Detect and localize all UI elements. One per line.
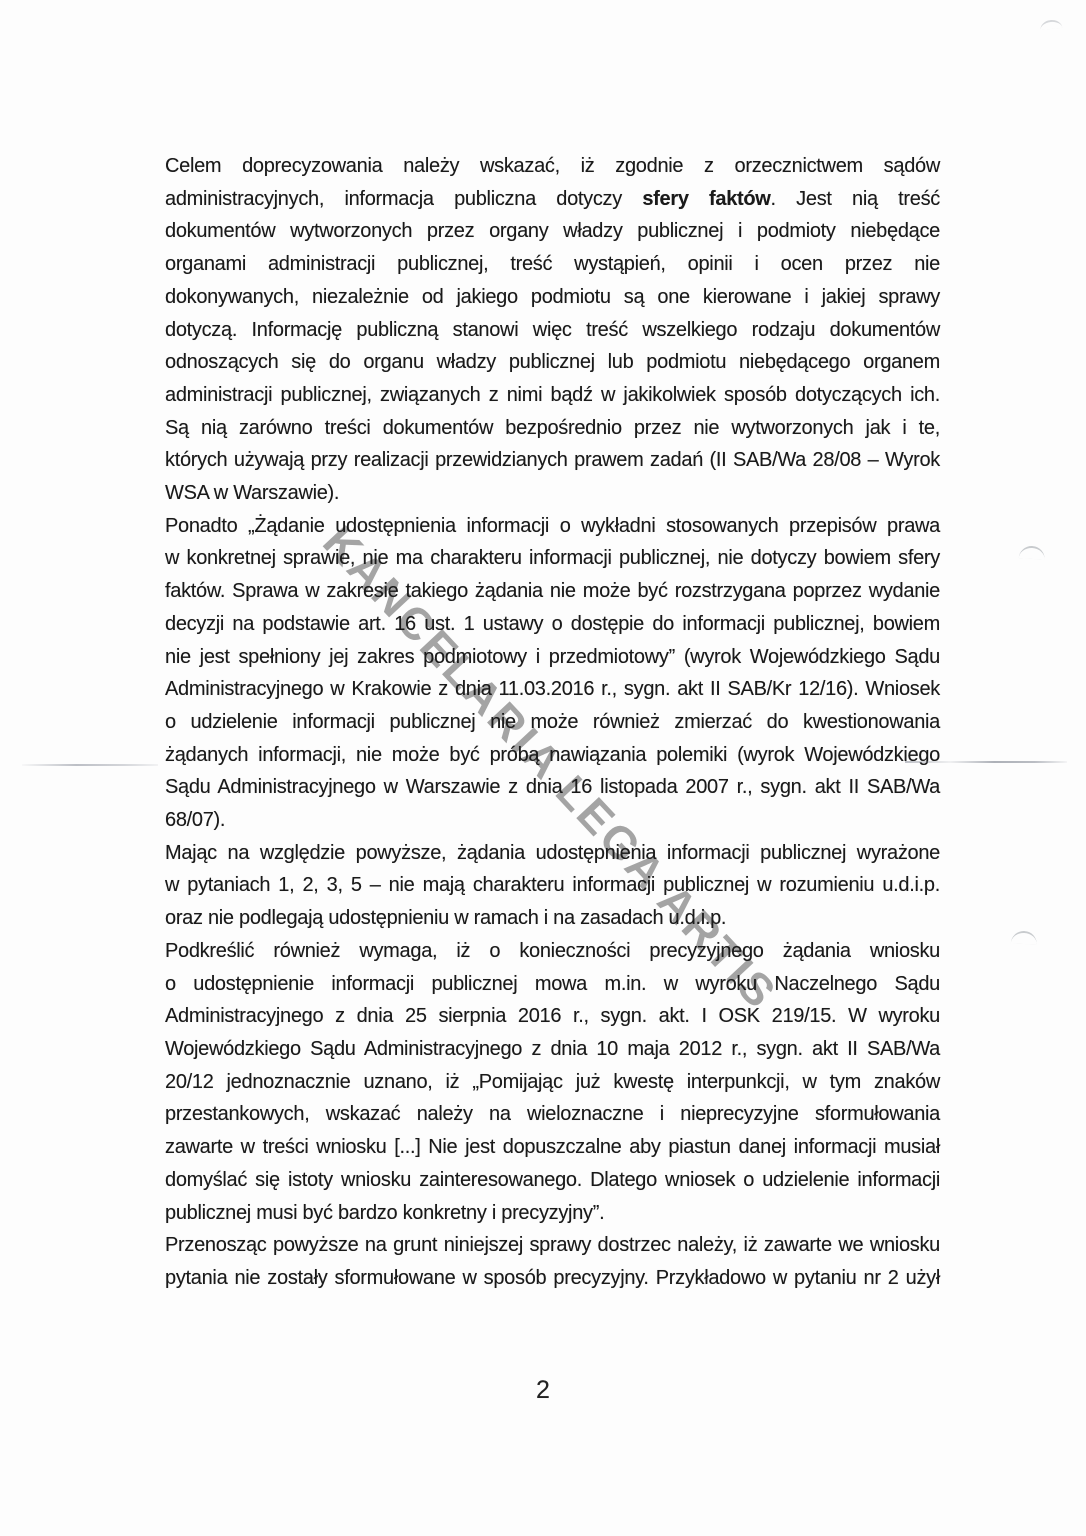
text-line: faktów. Sprawa w zakresie takiego żądani… [165,575,940,608]
text-line: których używają przy realizacji przewidz… [165,444,940,477]
text-line: o udostępnienie informacji publicznej mo… [165,968,940,1001]
text-line: 20/12 jednoznacznie uznano, iż „Pomijają… [165,1066,940,1099]
text-line: Przenosząc powyższe na grunt niniejszej … [165,1229,940,1262]
text-line: oraz nie podlegają udostępnieniu w ramac… [165,902,940,935]
text-block: Celem doprecyzowania należy wskazać, iż … [165,150,940,1295]
text-line: dokumentów wytworzonych przez organy wła… [165,215,940,248]
scan-mark-right-lower [1011,931,1037,945]
text-line: zawarte w treści wniosku [...] Nie jest … [165,1131,940,1164]
text-line: Ponadto „Żądanie udostępnienia informacj… [165,510,940,543]
text-line: Administracyjnego w Krakowie z dnia 11.0… [165,673,940,706]
scan-mark-right-upper [1019,545,1046,559]
text-line: żądanych informacji, nie może być próbą … [165,739,940,772]
page-number: 2 [0,1376,1086,1405]
text-line: Celem doprecyzowania należy wskazać, iż … [165,150,940,183]
text-line: publicznej musi być bardzo konkretny i p… [165,1197,940,1230]
text-line: domyślać się istoty wniosku zainteresowa… [165,1164,940,1197]
text-line: pytania nie zostały sformułowane w sposó… [165,1262,940,1295]
text-line: 68/07). [165,804,940,837]
text-line: Sądu Administracyjnego w Warszawie z dni… [165,771,940,804]
text-line: WSA w Warszawie). [165,477,940,510]
text-line: dokonywanych, niezależnie od jakiego pod… [165,281,940,314]
text-line: Są nią zarówno treści dokumentów bezpośr… [165,412,940,445]
text-line: Mając na względzie powyższe, żądania udo… [165,837,940,870]
text-line: administracyjnych, informacja publiczna … [165,183,940,216]
text-line: w pytaniach 1, 2, 3, 5 – nie mają charak… [165,869,940,902]
text-line: Administracyjnego z dnia 25 sierpnia 201… [165,1000,940,1033]
text-line: dotyczą. Informację publiczną stanowi wi… [165,314,940,347]
text-line: o udzielenie informacji publicznej nie m… [165,706,940,739]
scan-mark-top-right [1040,19,1063,30]
text-line: decyzji na podstawie art. 16 ust. 1 usta… [165,608,940,641]
text-line: Wojewódzkiego Sądu Administracyjnego z d… [165,1033,940,1066]
text-line: organami administracji publicznej, treść… [165,248,940,281]
scan-fold-line-left [22,764,158,766]
text-line: nie jest spełniony jej zakres podmiotowy… [165,641,940,674]
document-page: KANCELARIA LEGA ARTIS Celem doprecyzowan… [0,0,1086,1536]
text-line: przestankowych, wskazać należy na wieloz… [165,1098,940,1131]
text-line: w konkretnej sprawie, nie ma charakteru … [165,542,940,575]
text-line: odnoszących się do organu władzy publicz… [165,346,940,379]
text-line: administracji publicznej, związanych z n… [165,379,940,412]
text-line: Podkreślić również wymaga, iż o konieczn… [165,935,940,968]
